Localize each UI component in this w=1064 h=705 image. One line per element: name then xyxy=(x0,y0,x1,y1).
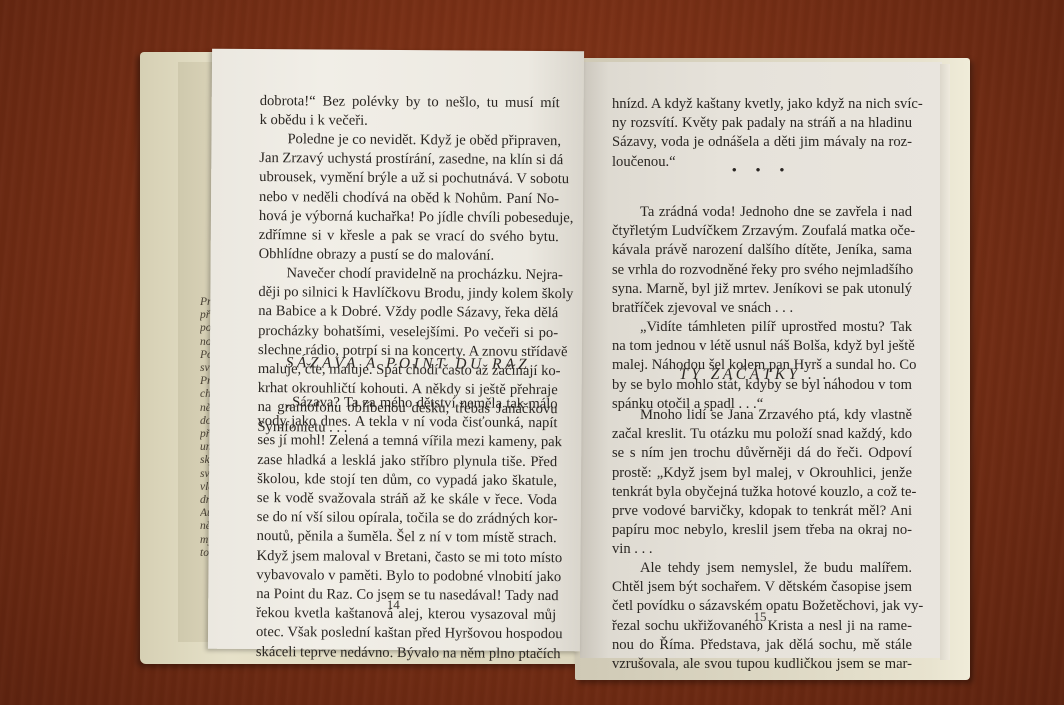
text-line: zdřímne si v křesle a pak se vrací do sv… xyxy=(259,226,559,247)
text-line: prve vodové barvičky, kdopak to tenkrát … xyxy=(612,502,912,521)
text-line: „Sázava? Ta za mého dětství neměla tak m… xyxy=(258,393,558,414)
section-title-ty-zacatky: TY ZAČÁTKY . . . xyxy=(612,366,912,384)
text-line: k obědu i k večeři. xyxy=(260,111,560,132)
text-line: tenkrát byla obyčejná tužka hotové kouzl… xyxy=(612,483,912,502)
text-line: začal kreslit. Tu otázku mu položí snad … xyxy=(612,425,912,444)
text-line: zase hladká a lesklá jako stříbro plynul… xyxy=(257,451,557,472)
text-line: ses jí mohl! Zelená a temná vířila mezi … xyxy=(257,431,557,452)
left-paragraph-4: „Sázava? Ta za mého dětství neměla tak m… xyxy=(256,393,558,664)
text-line: se do ní vší silou opírala, točila se do… xyxy=(257,508,557,529)
text-line: ubrousek, vymění brýle a už si pochutnáv… xyxy=(259,168,559,189)
left-page: dobrota!“ Bez polévky by to nešlo, tu mu… xyxy=(208,49,584,652)
text-line: Ale tehdy jsem nemyslel, že budu malířem… xyxy=(612,559,912,578)
text-line: nebo v neděli chodívá na oběd k Nohům. P… xyxy=(259,188,559,209)
left-paragraph-2: Poledne je co nevidět. Když je oběd přip… xyxy=(259,130,560,267)
text-line: dobrota!“ Bez polévky by to nešlo, tu mu… xyxy=(260,92,560,113)
text-line: Ta zrádná voda! Jednoho dne se zavřela i… xyxy=(612,203,912,222)
text-line: papíru moc nebylo, kreslil jsem třeba na… xyxy=(612,521,912,540)
page-number-right: 15 xyxy=(740,609,780,625)
text-line: hnízd. A když kaštany kvetly, jako když … xyxy=(612,95,912,114)
text-line: Poledne je co nevidět. Když je oběd přip… xyxy=(259,130,559,151)
text-line: noutů, pěnila a šuměla. Šel z ní v tom m… xyxy=(257,527,557,548)
text-line: se vrhla do rozvodněné řeky pro svého ne… xyxy=(612,261,912,280)
page-number-left: 14 xyxy=(373,597,413,613)
text-line: vzrušovala, ale svou tupou kudličkou jse… xyxy=(612,655,912,674)
text-line: školou, kde stojí ten dům, co vypadá jak… xyxy=(257,470,557,491)
text-line: na tom jednou v létě usnul náš Bolša, kd… xyxy=(612,337,912,356)
section-ornament: • • • xyxy=(732,162,792,178)
text-line: otec. Však poslední kaštan před Hyršovou… xyxy=(256,623,556,644)
page-block-edge xyxy=(940,64,950,660)
section-title-sazava: SÁZAVA A POINT DU RAZ xyxy=(258,354,558,374)
text-line: procházky bohatšími, veselejšími. Po več… xyxy=(258,322,558,343)
text-line: skáceli teprve nedávno. Bývalo na něm pl… xyxy=(256,643,556,664)
text-line: hová je výborná kuchařka! Po jídle chvíl… xyxy=(259,207,559,228)
text-line: vybavovalo v paměti. Bylo to podobné vln… xyxy=(256,566,556,587)
right-paragraph-4: Mnoho lidí se Jana Zrzavého ptá, kdy vla… xyxy=(612,406,912,560)
left-paragraph-1: dobrota!“ Bez polévky by to nešlo, tu mu… xyxy=(260,92,560,132)
text-line: „Vidíte támhleten pilíř uprostřed mostu?… xyxy=(612,318,912,337)
text-line: bratříček zjevoval ve snách . . . xyxy=(612,299,912,318)
text-line: kávala právě narození dalšího dítěte, Je… xyxy=(612,241,912,260)
text-line: Jan Zrzavý uchystá prostírání, zasedne, … xyxy=(259,149,559,170)
text-line: Chtěl jsem být sochařem. V dětském časop… xyxy=(612,578,912,597)
right-page: hnízd. A když kaštany kvetly, jako když … xyxy=(580,62,942,658)
text-line: čtyřletým Ludvíčkem Zrzavým. Zoufalá mat… xyxy=(612,222,912,241)
text-line: Když jsem maloval v Bretani, často se mi… xyxy=(256,547,556,568)
text-line: syna. Marně, byl již mrtev. Jeníkovi se … xyxy=(612,280,912,299)
text-line: vody jako dnes. A tekla v ní voda čisťou… xyxy=(257,412,557,433)
text-line: prostě: „Když jsem byl malej, v Okrouhli… xyxy=(612,464,912,483)
text-line: Sázavy, voda je odnášela a děti jim máva… xyxy=(612,133,912,152)
text-line: na Babice a k Dobré. Vždy podle Sázavy, … xyxy=(258,302,558,323)
text-line: ději po silnici k Havlíčkovu Brodu, jind… xyxy=(258,283,558,304)
text-line: Navečer chodí pravidelně na procházku. N… xyxy=(258,264,558,285)
right-paragraph-2: Ta zrádná voda! Jednoho dne se zavřela i… xyxy=(612,203,912,318)
text-line: se s ním jen trochu důvěrněji dá do řeči… xyxy=(612,444,912,463)
text-line: Mnoho lidí se Jana Zrzavého ptá, kdy vla… xyxy=(612,406,912,425)
text-line: vin . . . xyxy=(612,540,912,559)
text-line: nou do Říma. Představa, jak dělá sochu, … xyxy=(612,636,912,655)
text-line: se k vodě svažovala stráň až ke skále v … xyxy=(257,489,557,510)
right-paragraph-1: hnízd. A když kaštany kvetly, jako když … xyxy=(612,95,912,172)
text-line: ny rozsvítí. Květy pak padaly na stráň a… xyxy=(612,114,912,133)
